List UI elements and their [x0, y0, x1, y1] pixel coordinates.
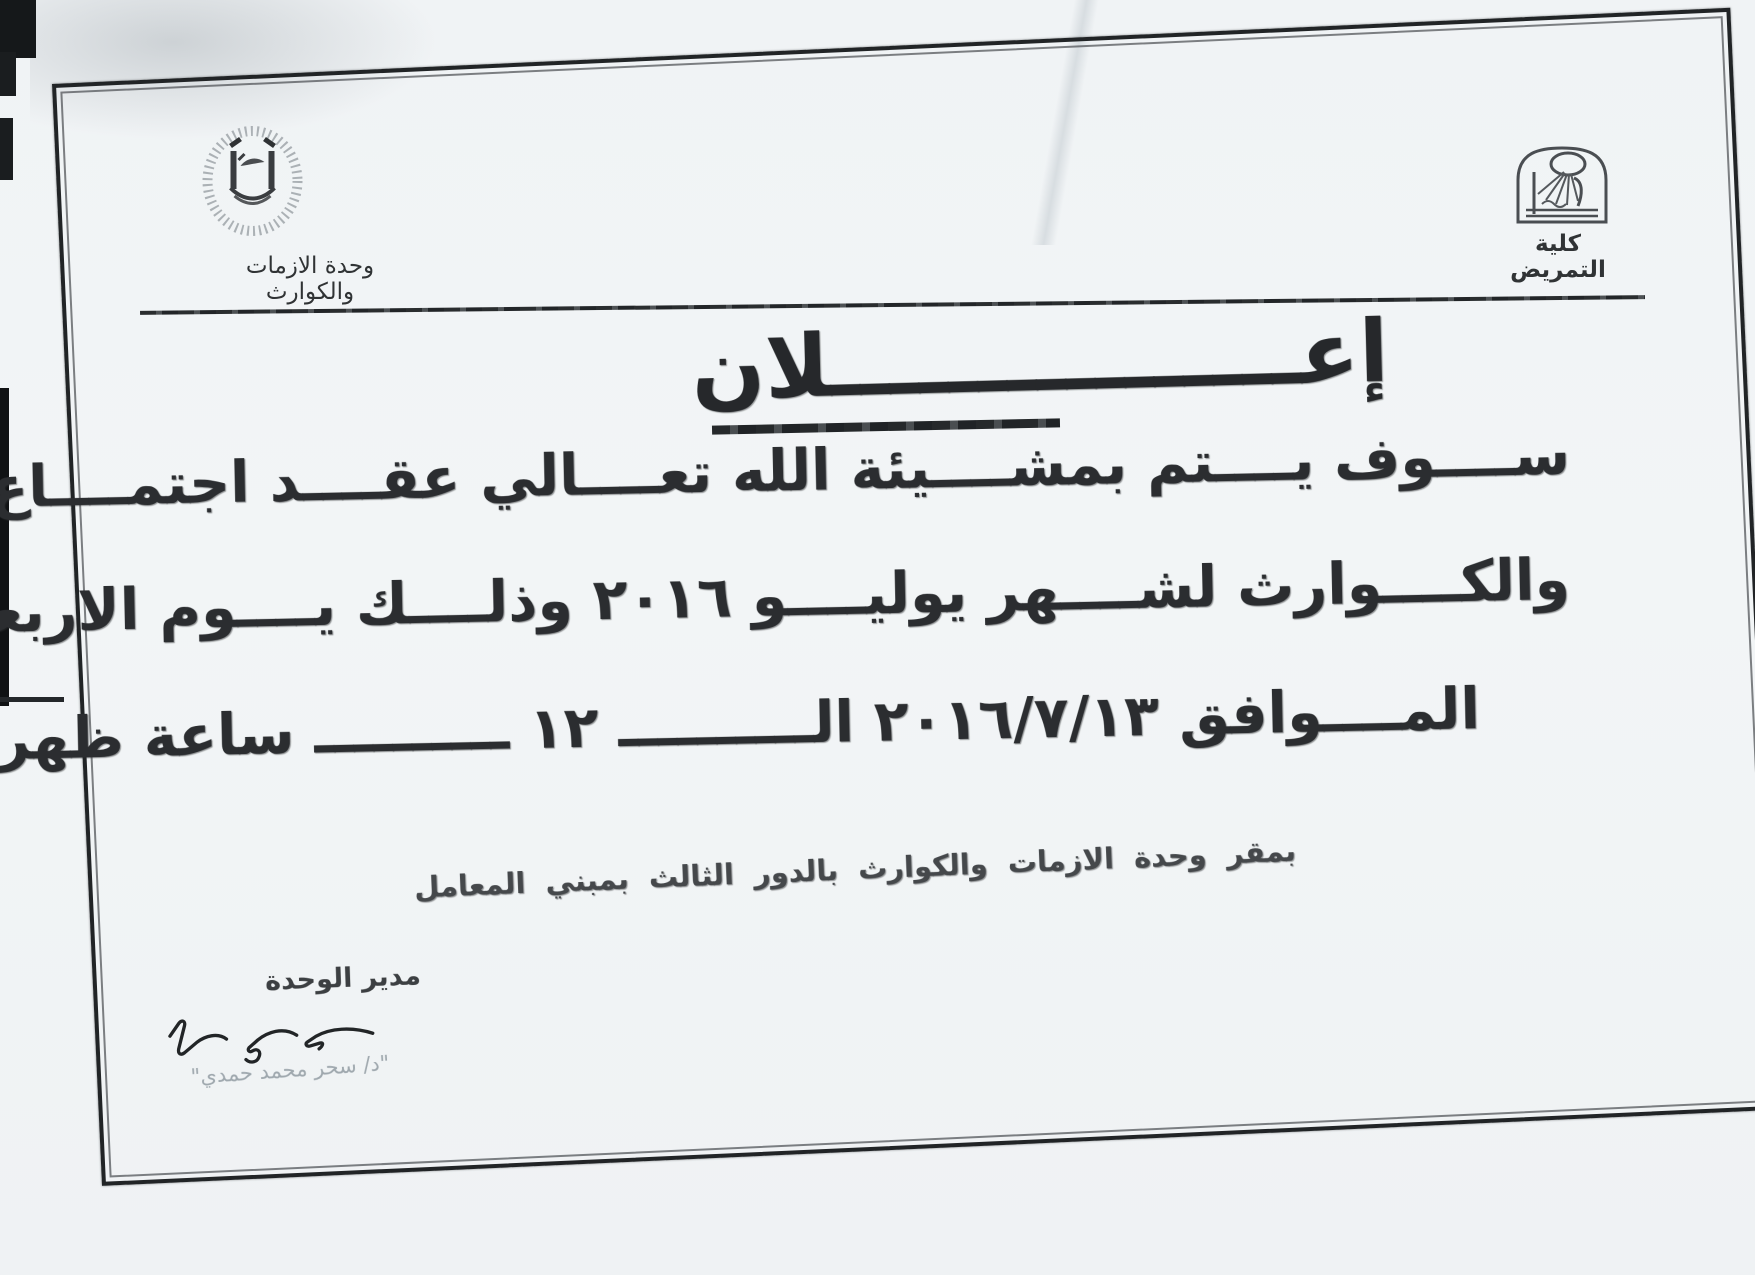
- scan-edge-black-strip: [0, 388, 9, 706]
- university-seal-icon: [190, 126, 315, 241]
- scan-edge-tick-mark: [0, 697, 64, 702]
- faculty-name-caption: كلية التمريض: [1488, 231, 1628, 283]
- scan-edge-black-strip: [0, 118, 13, 180]
- unit-name-caption: وحدة الازمات والكوارث: [205, 253, 415, 305]
- scan-edge-black-blob: [0, 0, 36, 58]
- nursing-lamp-icon: [1512, 143, 1612, 227]
- announcement-title: إعــــــــــــــــلان: [659, 302, 1421, 421]
- university-seal-icon: [190, 126, 315, 241]
- scan-edge-black-blob: [0, 52, 16, 96]
- scanned-announcement-page: { "colors": { "paper": "#f2f5f6", "ink":…: [0, 0, 1755, 1275]
- nursing-lamp-icon: [1512, 143, 1612, 227]
